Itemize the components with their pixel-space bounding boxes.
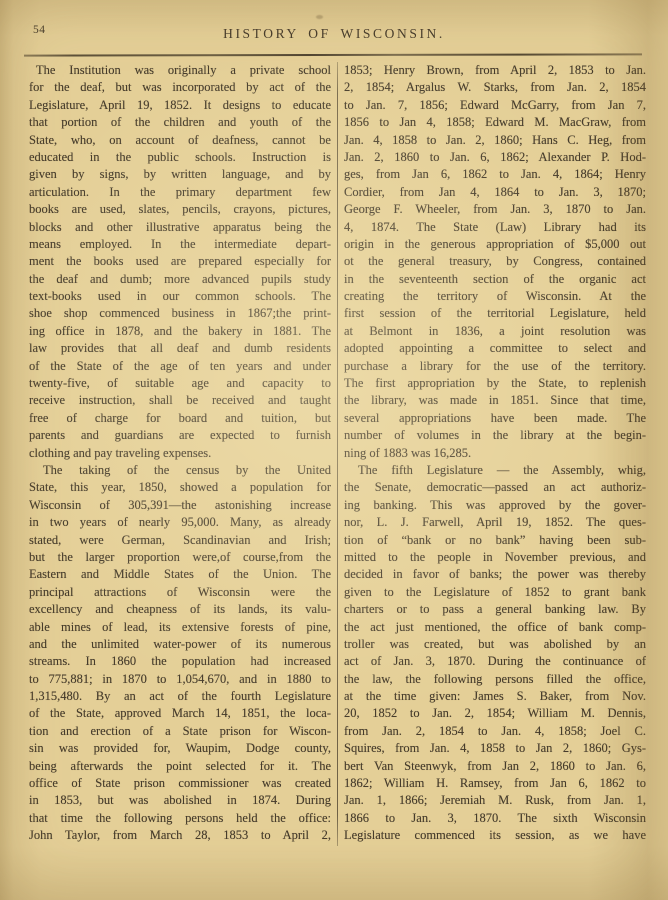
header-rule [24,53,642,56]
text-line: being afterwards the point selected for … [29,758,331,775]
text-line: The first appropriation by the State, to… [344,375,646,392]
text-line: the library, was made in 1851. Since tha… [344,392,646,409]
text-line: Squires, from Jan. 4, 1858 to Jan 2, 186… [344,740,646,757]
text-line: ing office in 1878, and the bakery in 18… [29,323,331,340]
text-line: 20, 1852 to Jan. 2, 1854; William M. Den… [344,705,646,722]
text-line: receive instruction, shall be received a… [29,392,331,409]
text-line: Wisconsin of 305,391—the astonishing inc… [29,497,331,514]
text-line: streams. In 1860 the population had incr… [29,653,331,670]
text-line: for the deaf, but was incorporated by ac… [29,79,331,96]
text-line: State, this year, 1850, showed a populat… [29,479,331,496]
text-line: educated in the public schools. Instruct… [29,149,331,166]
text-line: means employed. In the intermediate depa… [29,236,331,253]
text-line: in the seventeenth section of the organi… [344,271,646,288]
text-line: from Jan. 2, 1854 to Jan. 4, 1858; Joel … [344,723,646,740]
text-line: shoe shop commenced business in 1867;the… [29,305,331,322]
text-line: stated, were German, Scandinavian and Ir… [29,532,331,549]
text-line: but the larger proportion were,of course… [29,549,331,566]
text-line: in 1853, but was abolished in 1874. Duri… [29,792,331,809]
text-line: of the State, approved March 14, 1851, t… [29,705,331,722]
text-line: mitted to the people in November previou… [344,549,646,566]
book-page: 54 HISTORY OF WISCONSIN. The Institution… [0,0,668,900]
text-line: the law, the following persons filled th… [344,671,646,688]
text-line: first session of the territorial Legisla… [344,305,646,322]
text-line: act of Jan. 3, 1870. During the continua… [344,653,646,670]
text-line: George F. Wheeler, from Jan. 3, 1870 to … [344,201,646,218]
text-line: that portion of the children and youth o… [29,114,331,131]
text-line: tion and erection of a State prison for … [29,723,331,740]
text-line: excellency and cheapness of its lands, i… [29,601,331,618]
text-line: to Jan. 7, 1856; Edward McGarry, from Ja… [344,97,646,114]
text-line: ot the general treasury, by Congress, co… [344,253,646,270]
text-line: John Taylor, from March 28, 1853 to Apri… [29,827,331,844]
text-line: ment the books used are prepared especia… [29,253,331,270]
text-line: 1866 to Jan. 3, 1870. The sixth Wisconsi… [344,810,646,827]
text-line: at Belmont in 1836, a joint resolution w… [344,323,646,340]
text-line: tion of “bank or no bank” having been su… [344,532,646,549]
text-line: ning of 1883 was 16,285. [344,445,646,462]
text-line: the deaf and dumb; more advanced pupils … [29,271,331,288]
text-line: and the unlimited water-power of its num… [29,636,331,653]
page-title: HISTORY OF WISCONSIN. [0,26,668,42]
text-line: the Senate, democratic—passed an act aut… [344,479,646,496]
text-line: Jan. 1, 1866; Jeremiah M. Rusk, from Jan… [344,792,646,809]
text-line: bert Van Steenwyk, from Jan 2, 1860 to J… [344,758,646,775]
text-line: decided in favor of banks; the power was… [344,566,646,583]
text-line: that time the following persons held the… [29,810,331,827]
text-line: The taking of the census by the United [29,462,331,479]
text-line: Jan. 4, 1858 to Jan. 2, 1860; Hans C. He… [344,132,646,149]
text-line: given to the Legislature of 1852 to gran… [344,584,646,601]
text-line: number of volumes in the library at the … [344,427,646,444]
text-line: blocks and other illustrative apparatus … [29,219,331,236]
text-line: principal attractions of Wisconsin were … [29,584,331,601]
text-line: the act just mentioned, the office of ba… [344,619,646,636]
column-right: 1853; Henry Brown, from April 2, 1853 to… [344,62,646,846]
text-line: 2, 1854; Argalus W. Starks, from Jan. 2,… [344,79,646,96]
column-left: The Institution was originally a private… [29,62,331,846]
text-line: of the State of the age of ten years and… [29,358,331,375]
text-line: at the time given: James S. Baker, from … [344,688,646,705]
text-line: clothing and pay traveling expenses. [29,445,331,462]
text-line: Legislature commenced its session, as we… [344,827,646,844]
text-line: Legislature, April 19, 1852. It designs … [29,97,331,114]
text-line: text-books used in our common schools. T… [29,288,331,305]
text-line: law provides that all deaf and dumb resi… [29,340,331,357]
text-line: Jan. 2, 1860 to Jan. 6, 1862; Alexander … [344,149,646,166]
text-line: adopted appointing a committee to select… [344,340,646,357]
text-line: office of State prison commissioner was … [29,775,331,792]
text-line: articulation. In the primary department … [29,184,331,201]
text-line: State, who, on account of deafness, cann… [29,132,331,149]
text-line: 1,315,480. By an act of the fourth Legis… [29,688,331,705]
text-line: several appropriations have been made. T… [344,410,646,427]
text-line: Eastern and Middle States of the Union. … [29,566,331,583]
text-line: 1862; William H. Ramsey, from Jan 6, 186… [344,775,646,792]
text-line: ing banking. This was approved by the go… [344,497,646,514]
text-line: parents and guardians are expected to fu… [29,427,331,444]
text-line: ges, from Jan 6, 1862 to Jan. 4, 1864; H… [344,166,646,183]
text-line: The Institution was originally a private… [29,62,331,79]
text-line: given by signs, by written language, and… [29,166,331,183]
text-line: purchase a library for the use of the te… [344,358,646,375]
text-line: charters or to pass a general banking la… [344,601,646,618]
text-line: nor, L. J. Farwell, April 19, 1852. The … [344,514,646,531]
text-line: 1853; Henry Brown, from April 2, 1853 to… [344,62,646,79]
text-line: 4, 1874. The State (Law) Library had its [344,219,646,236]
text-line: The fifth Legislature — the Assembly, wh… [344,462,646,479]
text-line: to 775,881; in 1870 to 1,054,670, and in… [29,671,331,688]
ink-smudge [316,15,323,19]
text-line: Cordier, from Jan 4, 1864 to Jan. 3, 187… [344,184,646,201]
text-line: origin in the generous appropriation of … [344,236,646,253]
text-line: books are used, slates, pencils, crayons… [29,201,331,218]
text-line: in two years of nearly 95,000. Many, as … [29,514,331,531]
text-line: free of charge for board and tuition, bu… [29,410,331,427]
text-line: creating the territory of Wisconsin. At … [344,288,646,305]
column-divider-rule [337,62,339,846]
text-line: troller was created, but was abolished b… [344,636,646,653]
text-line: twenty-five, of suitable age and capacit… [29,375,331,392]
text-columns: The Institution was originally a private… [29,62,647,846]
text-line: 1856 to Jan 4, 1858; Edward M. MacGraw, … [344,114,646,131]
text-line: sin was provided for, Waupim, Dodge coun… [29,740,331,757]
text-line: able mines of lead, its extensive forest… [29,619,331,636]
